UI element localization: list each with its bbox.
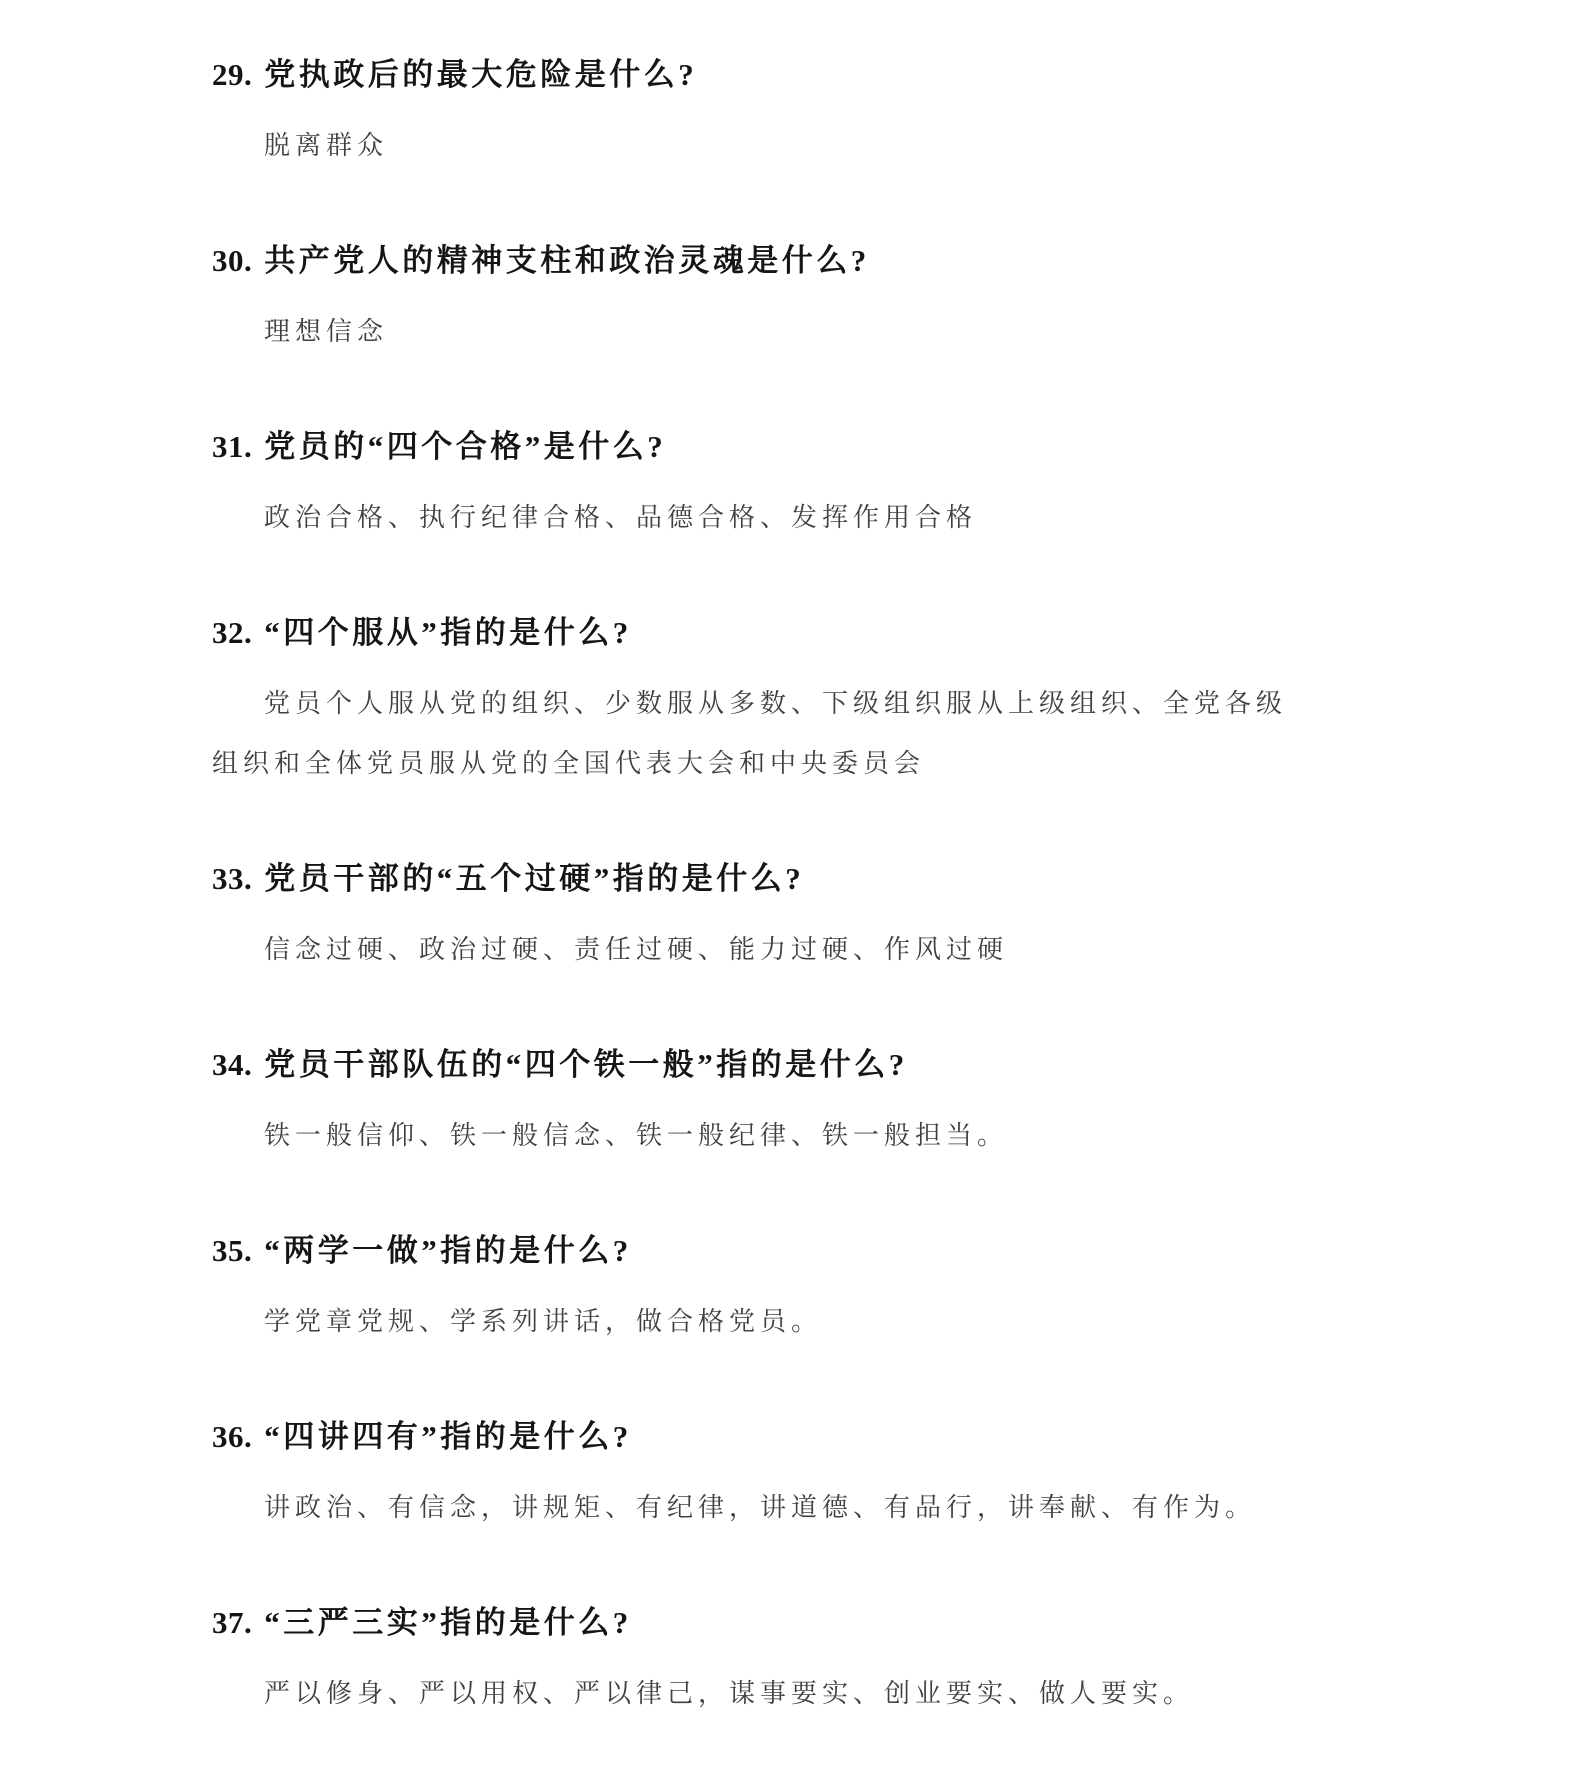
qa-item: 36.“四讲四有”指的是什么? 讲政治、有信念，讲规矩、有纪律，讲道德、有品行，… bbox=[212, 1415, 1307, 1538]
question-text: 党员干部的“五个过硬”指的是什么? bbox=[264, 861, 804, 896]
answer-text: 严以修身、严以用权、严以律己，谋事要实、创业要实、做人要实。 bbox=[212, 1664, 1307, 1724]
question-number: 33. bbox=[212, 861, 252, 896]
document-page: 29.党执政后的最大危险是什么? 脱离群众 30.共产党人的精神支柱和政治灵魂是… bbox=[0, 0, 1587, 1770]
question-line: 30.共产党人的精神支柱和政治灵魂是什么? bbox=[212, 239, 1307, 283]
question-line: 32.“四个服从”指的是什么? bbox=[212, 611, 1307, 655]
qa-item: 32.“四个服从”指的是什么? 党员个人服从党的组织、少数服从多数、下级组织服从… bbox=[212, 611, 1307, 794]
question-number: 37. bbox=[212, 1605, 252, 1640]
question-line: 31.党员的“四个合格”是什么? bbox=[212, 425, 1307, 469]
question-line: 37.“三严三实”指的是什么? bbox=[212, 1601, 1307, 1645]
answer-text: 脱离群众 bbox=[212, 116, 1307, 176]
qa-item: 37.“三严三实”指的是什么? 严以修身、严以用权、严以律己，谋事要实、创业要实… bbox=[212, 1601, 1307, 1724]
question-line: 35.“两学一做”指的是什么? bbox=[212, 1229, 1307, 1273]
answer-text: 学党章党规、学系列讲话，做合格党员。 bbox=[212, 1292, 1307, 1352]
question-text: 共产党人的精神支柱和政治灵魂是什么? bbox=[264, 243, 870, 278]
question-number: 30. bbox=[212, 243, 252, 278]
question-line: 33.党员干部的“五个过硬”指的是什么? bbox=[212, 857, 1307, 901]
question-line: 36.“四讲四有”指的是什么? bbox=[212, 1415, 1307, 1459]
answer-text: 政治合格、执行纪律合格、品德合格、发挥作用合格 bbox=[212, 488, 1307, 548]
question-text: “四讲四有”指的是什么? bbox=[264, 1419, 632, 1454]
answer-text: 理想信念 bbox=[212, 302, 1307, 362]
question-number: 32. bbox=[212, 615, 252, 650]
question-text: “三严三实”指的是什么? bbox=[264, 1605, 632, 1640]
qa-item: 29.党执政后的最大危险是什么? 脱离群众 bbox=[212, 53, 1307, 176]
answer-text: 党员个人服从党的组织、少数服从多数、下级组织服从上级组织、全党各级组织和全体党员… bbox=[212, 674, 1307, 794]
question-text: 党员的“四个合格”是什么? bbox=[264, 429, 666, 464]
question-text: “四个服从”指的是什么? bbox=[264, 615, 632, 650]
answer-text: 信念过硬、政治过硬、责任过硬、能力过硬、作风过硬 bbox=[212, 920, 1307, 980]
question-number: 36. bbox=[212, 1419, 252, 1454]
question-text: “两学一做”指的是什么? bbox=[264, 1233, 632, 1268]
question-text: 党执政后的最大危险是什么? bbox=[264, 57, 697, 92]
question-text: 党员干部队伍的“四个铁一般”指的是什么? bbox=[264, 1047, 908, 1082]
question-number: 34. bbox=[212, 1047, 252, 1082]
qa-item: 34.党员干部队伍的“四个铁一般”指的是什么? 铁一般信仰、铁一般信念、铁一般纪… bbox=[212, 1043, 1307, 1166]
qa-item: 31.党员的“四个合格”是什么? 政治合格、执行纪律合格、品德合格、发挥作用合格 bbox=[212, 425, 1307, 548]
question-line: 34.党员干部队伍的“四个铁一般”指的是什么? bbox=[212, 1043, 1307, 1087]
question-number: 29. bbox=[212, 57, 252, 92]
qa-item: 35.“两学一做”指的是什么? 学党章党规、学系列讲话，做合格党员。 bbox=[212, 1229, 1307, 1352]
qa-item: 30.共产党人的精神支柱和政治灵魂是什么? 理想信念 bbox=[212, 239, 1307, 362]
question-number: 31. bbox=[212, 429, 252, 464]
question-number: 35. bbox=[212, 1233, 252, 1268]
question-line: 29.党执政后的最大危险是什么? bbox=[212, 53, 1307, 97]
qa-item: 33.党员干部的“五个过硬”指的是什么? 信念过硬、政治过硬、责任过硬、能力过硬… bbox=[212, 857, 1307, 980]
answer-text: 铁一般信仰、铁一般信念、铁一般纪律、铁一般担当。 bbox=[212, 1106, 1307, 1166]
answer-text: 讲政治、有信念，讲规矩、有纪律，讲道德、有品行，讲奉献、有作为。 bbox=[212, 1478, 1307, 1538]
